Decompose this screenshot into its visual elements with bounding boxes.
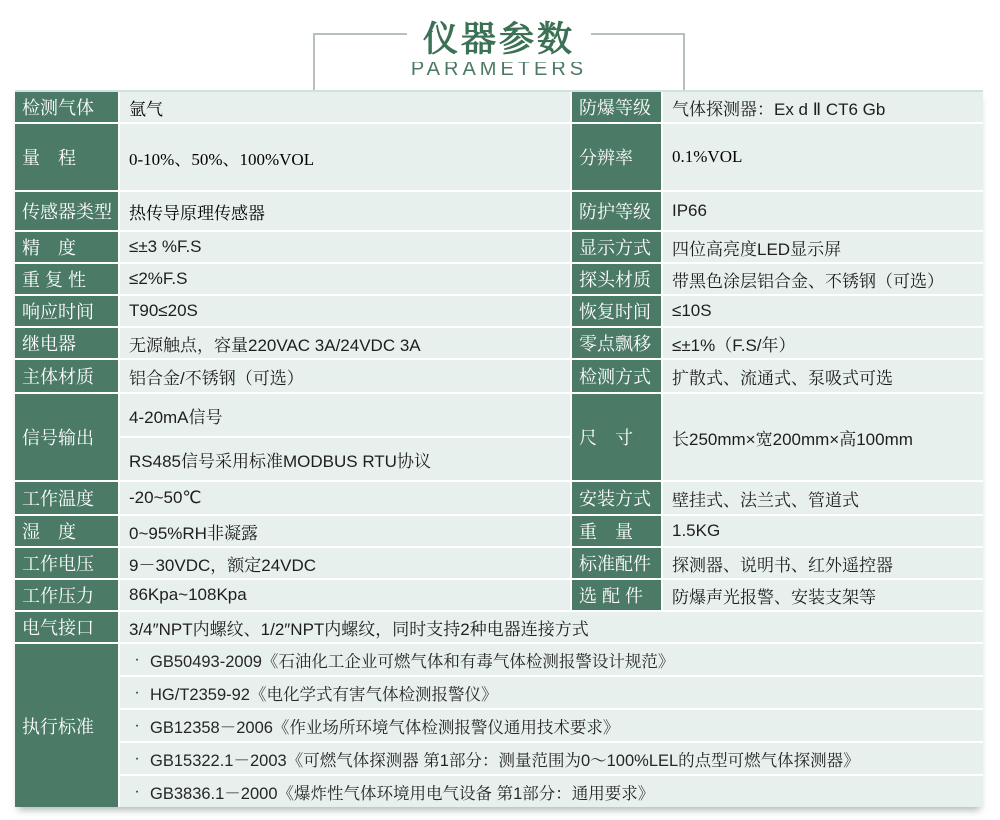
spec-value: 探测器、说明书、红外遥控器	[663, 548, 983, 578]
spec-value: 四位高亮度LED显示屏	[663, 232, 983, 262]
standards-item-text: HG/T2359-92《电化学式有害气体检测报警仪》	[150, 681, 497, 705]
spec-value: 0-10%、50%、100%VOL	[120, 124, 570, 190]
spec-value: 铝合金/不锈钢（可选）	[120, 360, 570, 392]
standards-item: · GB3836.1－2000《爆炸性气体环境用电气设备 第1部分：通用要求》	[120, 776, 983, 807]
bullet-marker: ·	[124, 750, 150, 768]
spec-value: 9－30VDC，额定24VDC	[120, 548, 570, 578]
spec-label: 量 程	[15, 124, 118, 190]
spec-label: 电气接口	[15, 612, 118, 642]
spec-label: 防爆等级	[572, 92, 661, 122]
spec-label: 检测气体	[15, 92, 118, 122]
spec-label: 工作压力	[15, 580, 118, 610]
spec-label: 标准配件	[572, 548, 661, 578]
spec-label: 分辨率	[572, 124, 661, 190]
spec-label: 继电器	[15, 328, 118, 358]
standards-item-text: GB3836.1－2000《爆炸性气体环境用电气设备 第1部分：通用要求》	[150, 780, 654, 804]
standards-item-text: GB12358－2006《作业场所环境气体检测报警仪通用技术要求》	[150, 714, 619, 738]
spec-label: 重 量	[572, 516, 661, 546]
spec-table: 检测气体 氩气 防爆等级 气体探测器：Ex d Ⅱ CT6 Gb 量 程 0-1…	[15, 90, 983, 807]
spec-value: RS485信号采用标准MODBUS RTU协议	[120, 438, 570, 480]
spec-value: 壁挂式、法兰式、管道式	[663, 482, 983, 514]
spec-value: ≤2%F.S	[120, 264, 570, 294]
spec-value: T90≤20S	[120, 296, 570, 326]
spec-label: 精 度	[15, 232, 118, 262]
spec-value: 热传导原理传感器	[120, 192, 570, 230]
standards-item: · HG/T2359-92《电化学式有害气体检测报警仪》	[120, 677, 983, 708]
spec-label: 工作温度	[15, 482, 118, 514]
spec-value: 带黑色涂层铝合金、不锈钢（可选）	[663, 264, 983, 294]
spec-label: 探头材质	[572, 264, 661, 294]
spec-value: 长250mm×宽200mm×高100mm	[663, 394, 983, 480]
spec-label: 恢复时间	[572, 296, 661, 326]
spec-label: 显示方式	[572, 232, 661, 262]
spec-label: 传感器类型	[15, 192, 118, 230]
spec-label: 湿 度	[15, 516, 118, 546]
spec-label: 尺 寸	[572, 394, 661, 480]
spec-label: 零点飘移	[572, 328, 661, 358]
spec-label: 响应时间	[15, 296, 118, 326]
spec-label: 信号输出	[15, 394, 118, 480]
spec-label: 主体材质	[15, 360, 118, 392]
spec-label: 重 复 性	[15, 264, 118, 294]
standards-item: · GB50493-2009《石油化工企业可燃气体和有毒气体检测报警设计规范》	[120, 644, 983, 675]
page-title: 仪器参数	[407, 12, 591, 62]
spec-value: 0~95%RH非凝露	[120, 516, 570, 546]
spec-label: 选 配 件	[572, 580, 661, 610]
spec-value: 无源触点，容量220VAC 3A/24VDC 3A	[120, 328, 570, 358]
spec-value: 防爆声光报警、安装支架等	[663, 580, 983, 610]
spec-value: 氩气	[120, 92, 570, 122]
bullet-marker: ·	[124, 651, 150, 669]
spec-value: 4-20mA信号	[120, 394, 570, 436]
spec-value: 86Kpa~108Kpa	[120, 580, 570, 610]
standards-item: · GB12358－2006《作业场所环境气体检测报警仪通用技术要求》	[120, 710, 983, 741]
bullet-marker: ·	[124, 783, 150, 801]
standards-item-text: GB50493-2009《石油化工企业可燃气体和有毒气体检测报警设计规范》	[150, 648, 674, 672]
spec-value: 扩散式、流通式、泵吸式可选	[663, 360, 983, 392]
spec-value: 1.5KG	[663, 516, 983, 546]
parameters-sheet: 仪器参数 PARAMETERS 检测气体 氩气 防爆等级 气体探测器：Ex d …	[0, 0, 1000, 820]
spec-value: ≤10S	[663, 296, 983, 326]
standards-item: · GB15322.1－2003《可燃气体探测器 第1部分：测量范围为0～100…	[120, 743, 983, 774]
spec-label: 工作电压	[15, 548, 118, 578]
standards-item-text: GB15322.1－2003《可燃气体探测器 第1部分：测量范围为0～100%L…	[150, 747, 860, 771]
spec-value: 3/4″NPT内螺纹、1/2″NPT内螺纹，同时支持2种电器连接方式	[120, 612, 983, 642]
spec-label: 检测方式	[572, 360, 661, 392]
spec-value: ≤±3 %F.S	[120, 232, 570, 262]
spec-value: -20~50℃	[120, 482, 570, 514]
spec-value: ≤±1%（F.S/年）	[663, 328, 983, 358]
spec-label: 安装方式	[572, 482, 661, 514]
title-bracket: 仪器参数 PARAMETERS	[313, 33, 685, 90]
spec-label: 防护等级	[572, 192, 661, 230]
spec-value: 气体探测器：Ex d Ⅱ CT6 Gb	[663, 92, 983, 122]
spec-value: 0.1%VOL	[663, 124, 983, 190]
bullet-marker: ·	[124, 684, 150, 702]
bullet-marker: ·	[124, 717, 150, 735]
spec-value: IP66	[663, 192, 983, 230]
spec-label: 执行标准	[15, 644, 118, 807]
